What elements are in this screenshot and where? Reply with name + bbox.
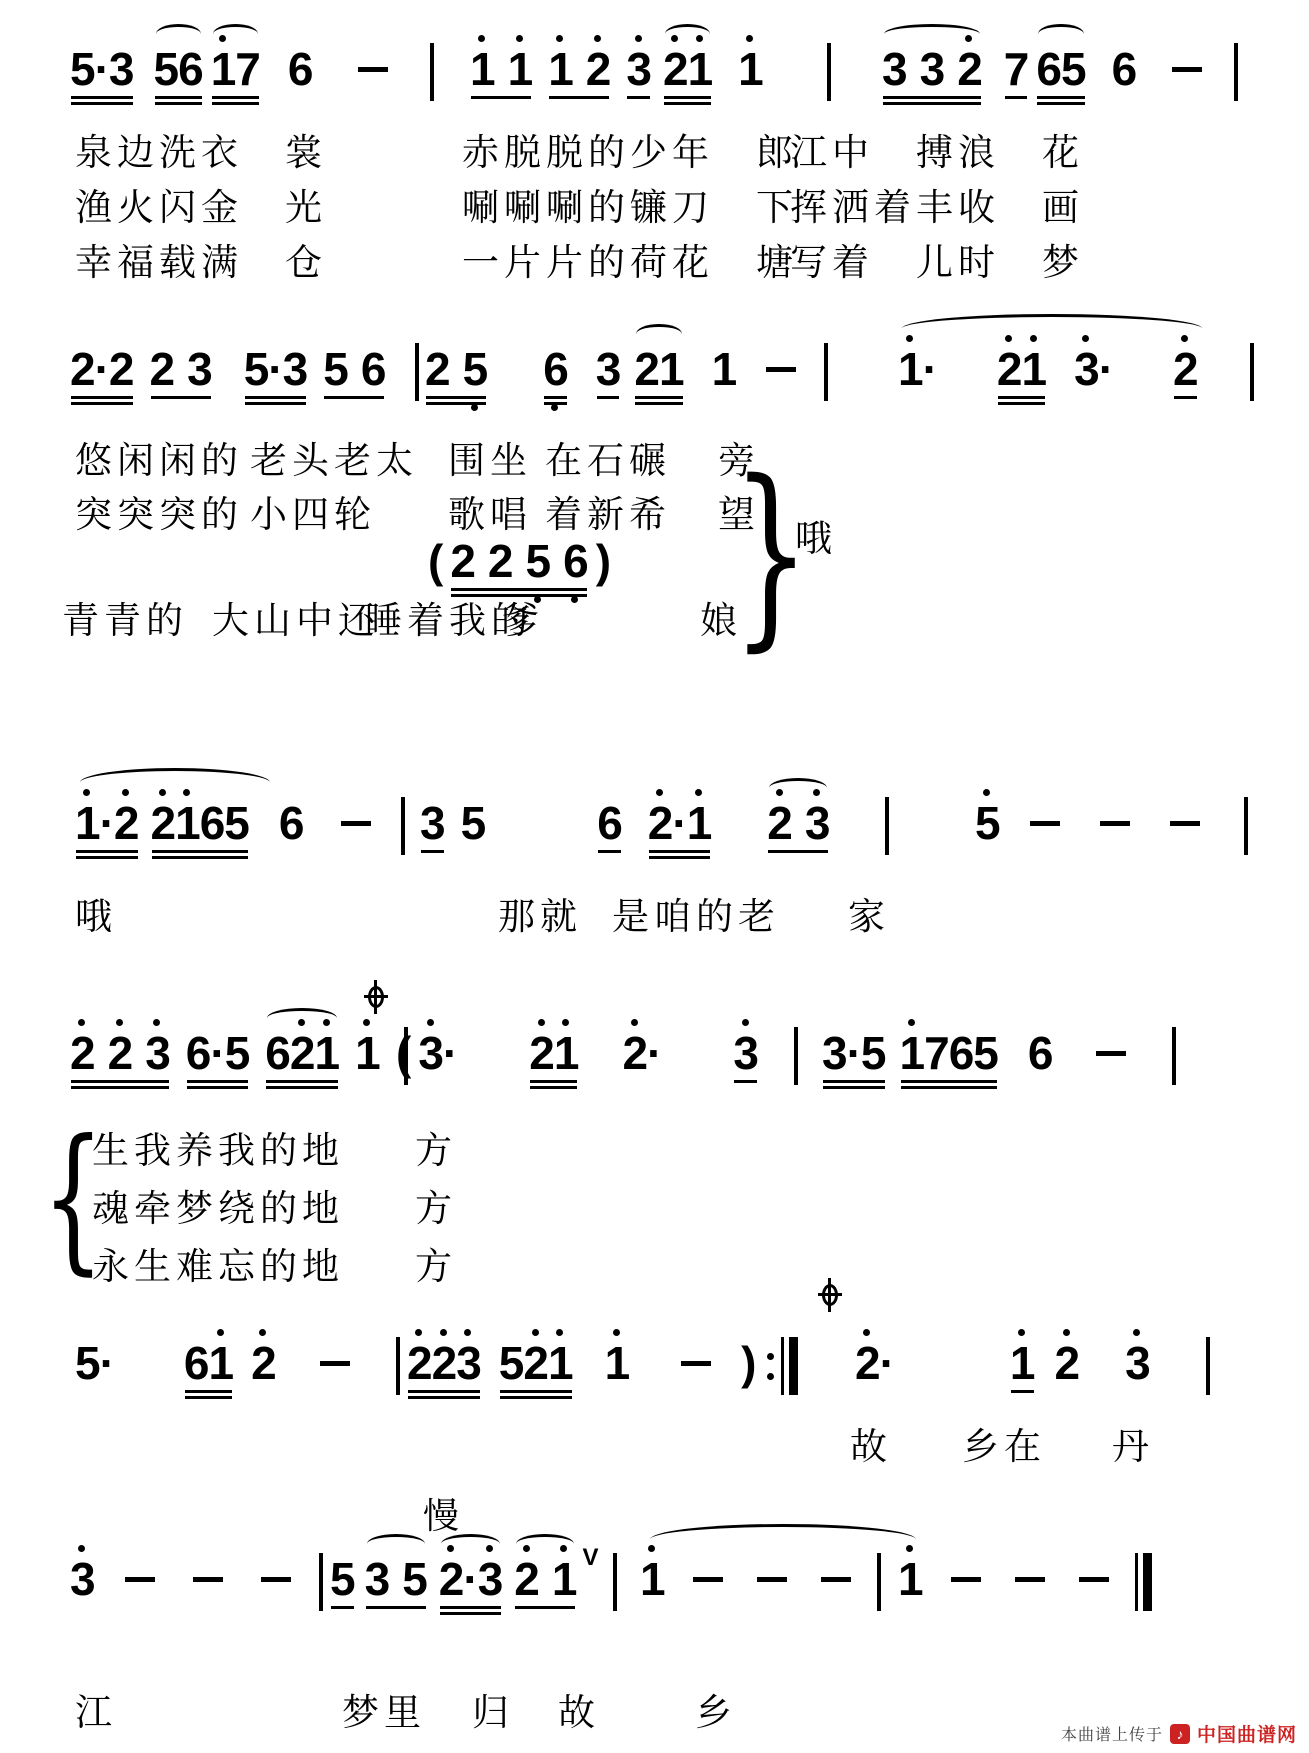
note-token: 21 <box>514 1556 576 1609</box>
note-digit: 3 <box>456 1340 481 1386</box>
notation-measure: 2235211) <box>407 1340 798 1395</box>
notation-measure: 5·612 <box>75 1340 400 1395</box>
note-digit: 5 <box>526 538 551 584</box>
note-digit: 1 <box>687 800 712 846</box>
note-digit: 6 <box>178 46 203 92</box>
note-token: 11 <box>470 46 532 99</box>
breath-mark: V <box>582 1544 598 1572</box>
note-gap <box>95 1030 108 1076</box>
beam-line <box>998 396 1045 399</box>
note-token: 3· <box>1074 346 1113 399</box>
note-token: 3 <box>733 1030 758 1083</box>
note-token: 2· <box>855 1340 894 1393</box>
lyric-text: 梦里 <box>342 1682 426 1736</box>
beam-line <box>471 96 531 99</box>
slur-arc <box>650 1524 916 1555</box>
note-token: 1 <box>640 1556 665 1609</box>
beam-line <box>408 1396 480 1399</box>
beam-line <box>998 402 1045 405</box>
lyric-text: 在石碾 <box>545 430 671 484</box>
note-digit: 2 <box>622 1030 647 1076</box>
note-digit: 2 <box>855 1340 880 1386</box>
note-gap <box>513 538 526 584</box>
beam-line <box>823 1086 885 1089</box>
note-gap <box>348 346 361 392</box>
note-digit: 3 <box>805 800 830 846</box>
note-digit: 1 <box>554 1030 579 1076</box>
note-token: 21 <box>634 346 683 399</box>
note-digit: ( <box>428 538 442 584</box>
note-digit: 2 <box>523 1340 548 1386</box>
note-token: 25 <box>425 346 487 399</box>
note-digit: 2 <box>997 346 1022 392</box>
notation-measure: 5 <box>975 800 1248 855</box>
note-token: 223 <box>407 1340 481 1393</box>
note-digit: 3 <box>882 46 907 92</box>
note-digit: 1 <box>898 1556 923 1602</box>
note-digit: 1 <box>548 1340 573 1386</box>
beam-line <box>185 1396 232 1399</box>
note-digit: 2 <box>425 346 450 392</box>
note-digit: 1 <box>175 800 200 846</box>
note-digit: · <box>923 346 937 392</box>
beam-line <box>635 402 682 405</box>
beam-line <box>440 1606 502 1609</box>
note-token: 3 <box>626 46 651 99</box>
beam-line <box>187 1080 249 1083</box>
beam-line <box>212 102 259 105</box>
beam-line <box>266 1086 338 1089</box>
note-token: 3 <box>1125 1340 1150 1393</box>
note-digit: 1 <box>314 1030 339 1076</box>
lyric-text: 家 <box>848 886 890 940</box>
lyric-text: 江中 搏浪 花 <box>790 122 1084 176</box>
lyric-text: 悠闲闲的 <box>75 430 243 484</box>
site-name-text: 中国曲谱网 <box>1197 1720 1297 1747</box>
lyric-text: 围坐 <box>448 430 532 484</box>
note-token: 1·2 <box>75 800 139 853</box>
note-token: 56 <box>154 46 203 99</box>
note-gap <box>539 1556 552 1602</box>
note-digit: 2 <box>767 800 792 846</box>
note-digit: 5 <box>1061 46 1086 92</box>
lyric-text: 归 <box>472 1682 514 1736</box>
note-token: 1 <box>738 46 763 99</box>
note-digit: 1 <box>738 46 763 92</box>
lyric-text: 乡在 <box>962 1416 1046 1470</box>
note-digit: 2 <box>109 346 134 392</box>
note-digit: 2 <box>488 538 513 584</box>
note-digit: 2 <box>586 46 611 92</box>
note-token: 6 <box>1112 46 1137 99</box>
note-digit: 5 <box>225 1030 250 1076</box>
tempo-marking: 慢 <box>423 1488 459 1539</box>
note-token: 6 <box>1028 1030 1053 1083</box>
barline <box>1172 1027 1176 1085</box>
duration-dash <box>1015 1577 1045 1582</box>
note-token: 2256 <box>450 538 587 591</box>
note-digit: 2 <box>407 1340 432 1386</box>
note-digit: 2 <box>439 1556 464 1602</box>
note-digit: 1 <box>209 1340 234 1386</box>
lyric-text: 生我养我的地 <box>92 1120 344 1174</box>
beam-line <box>635 396 682 399</box>
repeat-dots <box>767 1353 774 1380</box>
note-digit: 5 <box>461 800 486 846</box>
note-digit: 5 <box>975 800 1000 846</box>
note-digit: 5 <box>244 346 269 392</box>
note-digit: 7 <box>1004 46 1029 92</box>
beam-line <box>266 1080 338 1083</box>
beam-line <box>901 1080 997 1083</box>
note-digit: 2 <box>70 346 95 392</box>
lyric-text: 故 <box>558 1682 600 1736</box>
note-digit: 6 <box>1028 1030 1053 1076</box>
barline <box>396 1337 400 1395</box>
notation-measure: 3562·123 <box>420 800 889 855</box>
lyric-text: 丹 <box>1112 1416 1154 1470</box>
note-token: ) <box>741 1340 755 1393</box>
duration-dash <box>766 367 796 372</box>
note-digit: · <box>847 1030 861 1076</box>
lyric-text: 大山中还 <box>212 590 380 644</box>
upload-credit-text: 本曲谱上传于 <box>1061 1722 1163 1745</box>
beam-line <box>331 1606 354 1609</box>
footer-credit: 本曲谱上传于 ♪ 中国曲谱网 <box>1061 1720 1297 1747</box>
note-digit: 6 <box>361 346 386 392</box>
duration-dash <box>1170 821 1200 826</box>
note-gap <box>174 346 187 392</box>
note-gap <box>132 1030 145 1076</box>
lyric-text: 方 <box>415 1120 457 1174</box>
note-token: 2·1 <box>648 800 712 853</box>
notation-measure: 2·123 <box>855 1340 1210 1395</box>
note-digit: 2 <box>151 800 176 846</box>
notation-measure: 3·517656 <box>822 1030 1176 1085</box>
beam-line <box>187 1086 249 1089</box>
note-token: 2 <box>1055 1340 1080 1393</box>
note-gap <box>495 46 508 92</box>
repeat-dot <box>767 1373 774 1380</box>
lyric-text: 突突突的 <box>75 484 243 538</box>
note-token: 2·3 <box>439 1556 503 1609</box>
note-token: ( <box>396 1030 410 1083</box>
note-token: 2· <box>622 1030 661 1083</box>
notation-measure: (2256) <box>428 538 610 591</box>
lyric-text: 写着 儿时 梦 <box>790 232 1084 286</box>
note-token: 6 <box>288 46 313 99</box>
note-token: 5·3 <box>70 46 134 99</box>
note-token: 2 <box>251 1340 276 1393</box>
beam-line <box>1037 96 1084 99</box>
note-digit: 2 <box>450 538 475 584</box>
notation-measure: 1·221656 <box>75 800 405 855</box>
beam-line <box>1011 1390 1034 1393</box>
note-digit: 1 <box>605 1340 630 1386</box>
lyric-text: 渔火闪金 光 <box>75 177 327 231</box>
note-digit: · <box>647 1030 661 1076</box>
note-digit: 3 <box>733 1030 758 1076</box>
duration-dash <box>757 1577 787 1582</box>
beam-line <box>71 102 133 105</box>
note-digit: 5 <box>70 46 95 92</box>
note-token: 3· <box>418 1030 457 1083</box>
note-digit: 1 <box>640 1556 665 1602</box>
beam-line <box>155 96 202 99</box>
lyric-text: 赤脱脱的少年 郎 <box>462 122 798 176</box>
note-token: 332 <box>882 46 982 99</box>
note-digit: 1 <box>355 1030 380 1076</box>
note-token: 2165 <box>151 800 249 853</box>
note-token: ( <box>428 538 442 591</box>
note-token: 6 <box>543 346 568 399</box>
beam-line <box>664 102 711 105</box>
duration-dash <box>821 1577 851 1582</box>
note-token: 2·2 <box>70 346 134 399</box>
note-digit: · <box>1099 346 1113 392</box>
note-digit: ) <box>596 538 610 584</box>
lyric-text: 着新希 <box>545 484 671 538</box>
lyric-text: 江 <box>75 1682 117 1736</box>
coda-icon <box>364 980 388 1014</box>
beam-line <box>1174 396 1197 399</box>
barline <box>613 1553 617 1611</box>
note-digit: 7 <box>235 46 260 92</box>
note-digit: 1 <box>75 800 100 846</box>
duration-dash <box>1096 1051 1126 1056</box>
note-digit: 3 <box>626 46 651 92</box>
duration-dash <box>681 1361 711 1366</box>
note-digit: · <box>672 800 686 846</box>
lyric-text: 乡 <box>695 1682 737 1736</box>
slur-arc <box>80 768 270 797</box>
note-digit: 6 <box>1036 46 1061 92</box>
duration-dash <box>1079 1577 1109 1582</box>
note-digit: 1 <box>712 346 737 392</box>
note-digit: 3 <box>822 1030 847 1076</box>
note-digit: 1 <box>688 46 713 92</box>
barline <box>319 1553 323 1611</box>
note-digit: 6 <box>279 800 304 846</box>
lyric-text: 永生难忘的地 <box>92 1236 344 1290</box>
beam-line <box>71 402 133 405</box>
note-digit: 2 <box>634 346 659 392</box>
beam-line <box>598 850 621 853</box>
note-digit: 3 <box>1074 346 1099 392</box>
note-digit: 2 <box>1173 346 1198 392</box>
note-token: 65 <box>1036 46 1085 99</box>
note-token: 1 <box>712 346 737 399</box>
beam-line <box>549 96 609 99</box>
lyric-text: 是咱的老 <box>612 886 780 940</box>
note-digit: · <box>95 346 109 392</box>
barline-thick <box>789 1337 798 1395</box>
beam-line <box>823 1080 885 1083</box>
note-gap <box>573 46 586 92</box>
note-digit: 1 <box>900 1030 925 1076</box>
duration-dash <box>320 1361 350 1366</box>
barline-thin <box>781 1337 784 1395</box>
note-digit: 3 <box>418 1030 443 1076</box>
note-digit: 2 <box>251 1340 276 1386</box>
notation-measure: 11123211 <box>470 46 831 101</box>
beam-line <box>530 1080 577 1083</box>
duration-dash <box>125 1577 155 1582</box>
lyric-text: 青青的 <box>62 590 188 644</box>
note-digit: 3 <box>145 1030 170 1076</box>
slur-arc <box>902 314 1202 343</box>
note-digit: · <box>100 1340 114 1386</box>
duration-dash <box>1030 821 1060 826</box>
lyric-text: 方 <box>415 1236 457 1290</box>
notation-measure: 2236·56211 <box>70 1030 408 1085</box>
coda-crossbar <box>818 1293 842 1296</box>
beam-line <box>530 1086 577 1089</box>
note-gap <box>450 346 463 392</box>
note-digit: 1 <box>1010 1340 1035 1386</box>
note-token: 6 <box>279 800 304 853</box>
beam-line <box>734 1080 757 1083</box>
beam-line <box>500 1396 572 1399</box>
barline <box>794 1027 798 1085</box>
notation-measure: 3327656 <box>882 46 1238 101</box>
duration-dash <box>341 821 371 826</box>
lyric-text: 泉边洗衣 裳 <box>75 122 327 176</box>
note-token: 5· <box>75 1340 114 1393</box>
beam-line <box>883 102 981 105</box>
note-digit: 2 <box>1055 1340 1080 1386</box>
note-digit: 2 <box>529 1030 554 1076</box>
duration-dash <box>193 1577 223 1582</box>
beam-line <box>500 1390 572 1393</box>
barline <box>877 1553 881 1611</box>
note-token: 1765 <box>900 1030 998 1083</box>
duration-dash <box>358 67 388 72</box>
beam-line <box>71 396 133 399</box>
beam-line <box>71 1086 169 1089</box>
notation-measure: 2·2235·356 <box>70 346 419 401</box>
note-digit: 6 <box>186 1030 211 1076</box>
note-token: 1 <box>355 1030 380 1083</box>
barline <box>827 43 831 101</box>
note-digit: 6 <box>184 1340 209 1386</box>
beam-line <box>212 96 259 99</box>
beam-line <box>1037 102 1084 105</box>
coda-icon <box>818 1278 842 1312</box>
music-note-icon: ♪ <box>1170 1724 1190 1744</box>
note-token: 21 <box>529 1030 578 1083</box>
beam-line <box>71 1080 169 1083</box>
note-digit: 7 <box>924 1030 949 1076</box>
coda-crossbar <box>364 995 388 998</box>
note-digit: 3 <box>478 1556 503 1602</box>
lyric-text: 小四轮 <box>250 484 376 538</box>
beam-line <box>152 856 248 859</box>
note-digit: 3 <box>365 1556 390 1602</box>
barline <box>1250 343 1254 401</box>
note-digit: 1 <box>1022 346 1047 392</box>
barline <box>1244 797 1248 855</box>
note-digit: 3 <box>596 346 621 392</box>
note-digit: 2 <box>432 1340 457 1386</box>
note-digit: 3 <box>920 46 945 92</box>
beam-line <box>664 96 711 99</box>
barline <box>1206 1337 1210 1395</box>
lyric-text: 挥洒着丰收 画 <box>790 177 1084 231</box>
note-token: 1 <box>1010 1340 1035 1393</box>
note-digit: 2 <box>114 800 139 846</box>
beam-line <box>768 850 828 853</box>
note-token: 35 <box>365 1556 427 1609</box>
note-token: 223 <box>70 1030 170 1083</box>
note-token: 1 <box>898 1556 923 1609</box>
notation-measure: 3 <box>70 1556 323 1611</box>
beam-line <box>426 396 486 399</box>
barline-thick <box>1143 1553 1152 1611</box>
barline <box>415 343 419 401</box>
notation-measure: 1·213·2 <box>898 346 1254 401</box>
lyric-text: 歌唱 <box>448 484 532 538</box>
beam-line <box>597 396 620 399</box>
note-digit: 5 <box>323 346 348 392</box>
barline <box>430 43 434 101</box>
note-digit: · <box>463 1556 477 1602</box>
beam-line <box>245 402 307 405</box>
note-gap <box>944 46 957 92</box>
beam-line <box>71 96 133 99</box>
note-digit: 6 <box>949 1030 974 1076</box>
note-digit: 5 <box>973 1030 998 1076</box>
notation-measure: 2563211 <box>425 346 828 401</box>
barline-thin <box>1135 1553 1138 1611</box>
lyric-text: 哦 <box>75 886 117 940</box>
verse-brace: } <box>732 446 810 661</box>
note-digit: 1 <box>548 46 573 92</box>
beam-line <box>76 856 138 859</box>
lyric-text: 爹 <box>502 590 544 644</box>
note-digit: · <box>100 800 114 846</box>
note-token: 1 <box>605 1340 630 1393</box>
note-digit: 2 <box>70 1030 95 1076</box>
beam-line <box>152 850 248 853</box>
note-digit: 5 <box>154 46 179 92</box>
note-digit: 6 <box>563 538 588 584</box>
note-token: 23 <box>767 800 829 853</box>
note-digit: 5 <box>224 800 249 846</box>
beam-line <box>544 402 567 405</box>
note-token: 621 <box>265 1030 339 1083</box>
note-token: 6 <box>597 800 622 853</box>
note-digit: 3 <box>283 346 308 392</box>
note-digit: 3 <box>420 800 445 846</box>
note-token: 5 <box>461 800 486 853</box>
note-digit: 1 <box>898 346 923 392</box>
note-token: 1· <box>898 346 937 399</box>
lyric-text: 故 <box>850 1416 892 1470</box>
note-digit: 5 <box>499 1340 524 1386</box>
note-digit: 1 <box>211 46 236 92</box>
note-digit: 5 <box>463 346 488 392</box>
duration-dash <box>1100 821 1130 826</box>
note-gap <box>475 538 488 584</box>
note-token: 5 <box>330 1556 355 1609</box>
barline <box>1234 43 1238 101</box>
note-digit: 6 <box>597 800 622 846</box>
beam-line <box>324 396 384 399</box>
note-token: 21 <box>997 346 1046 399</box>
note-token: 23 <box>150 346 212 399</box>
note-digit: 2 <box>150 346 175 392</box>
